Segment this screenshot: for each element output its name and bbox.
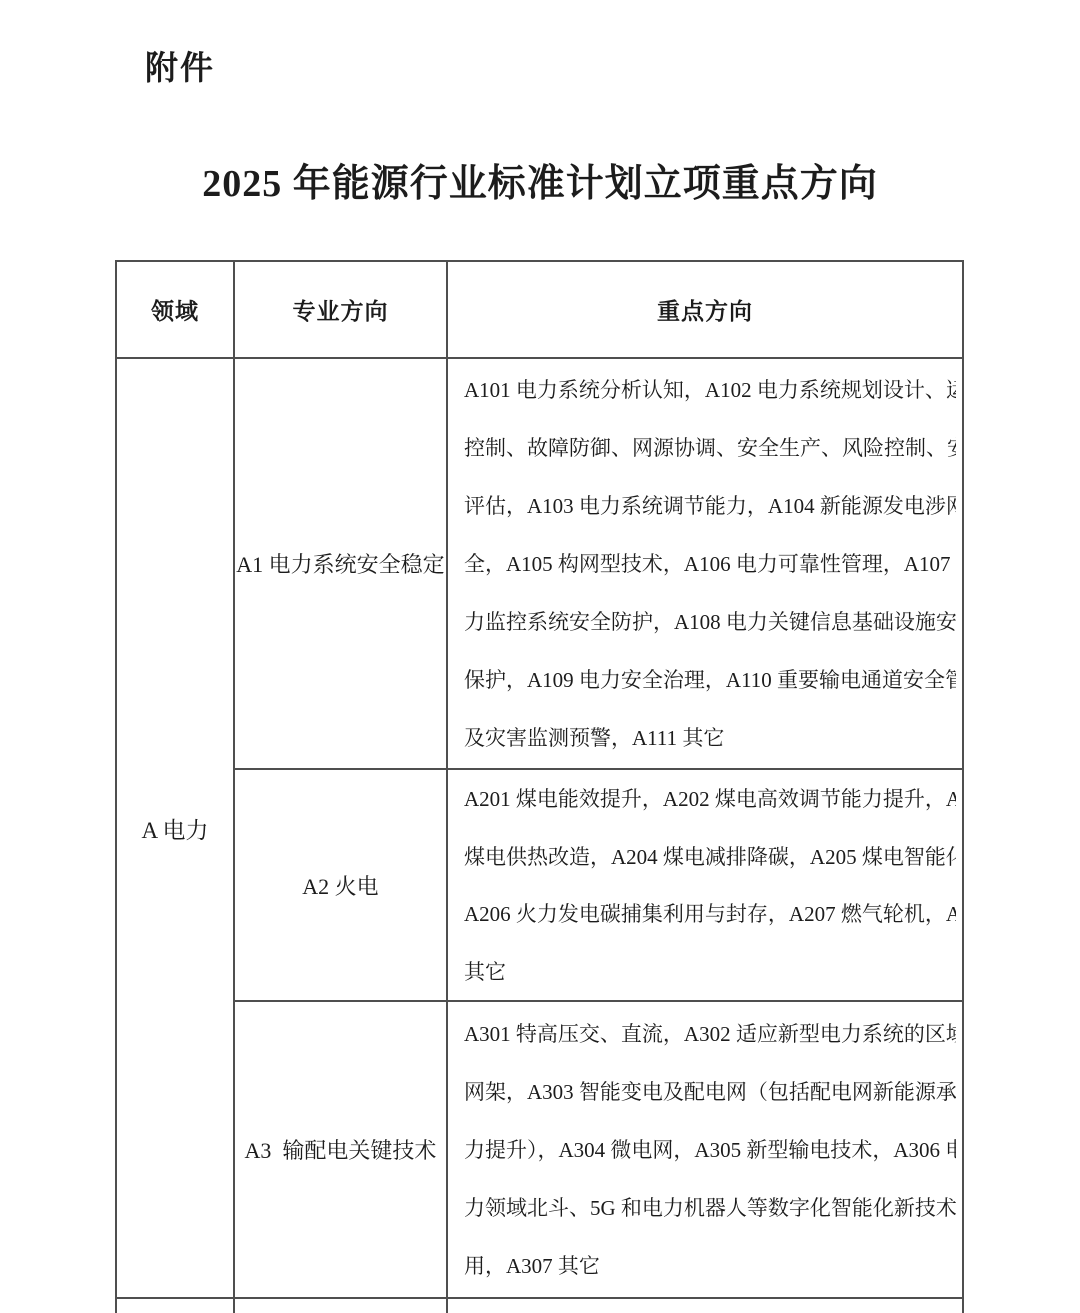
focus-line: 煤电供热改造，A204 煤电减排降碳，A205 煤电智能化， (464, 828, 956, 886)
focus-cell: A301 特高压交、直流，A302 适应新型电力系统的区域主网架，A303 智能… (448, 1002, 964, 1299)
header-field: 领域 (117, 262, 235, 359)
specialty-cell: A1 电力系统安全稳定 (235, 359, 448, 770)
focus-line: 用，A307 其它 (464, 1237, 956, 1295)
table-continuation-stub (448, 1299, 964, 1313)
page-title: 2025 年能源行业标准计划立项重点方向 (0, 152, 1080, 207)
focus-line: 力监控系统安全防护，A108 电力关键信息基础设施安全 (464, 593, 956, 651)
focus-line: 全，A105 构网型技术，A106 电力可靠性管理，A107 电 (464, 535, 956, 593)
focus-line: 网架，A303 智能变电及配电网（包括配电网新能源承载 (464, 1063, 956, 1121)
attachment-label: 附件 (145, 42, 215, 89)
focus-line: 保护，A109 电力安全治理，A110 重要输电通道安全管理 (464, 651, 956, 709)
header-specialty: 专业方向 (235, 262, 448, 359)
table-continuation-stub (235, 1299, 448, 1313)
document-page: 附件 2025 年能源行业标准计划立项重点方向 领域 专业方向 重点方向 A 电… (0, 0, 1080, 1313)
directions-table: 领域 专业方向 重点方向 A 电力 A1 电力系统安全稳定A101 电力系统分析… (115, 260, 964, 1313)
specialty-cell: A2 火电 (235, 770, 448, 1002)
header-focus: 重点方向 (448, 262, 964, 359)
table-continuation-stub (117, 1299, 235, 1313)
focus-line: A101 电力系统分析认知，A102 电力系统规划设计、运行 (464, 361, 956, 419)
focus-line: A206 火力发电碳捕集利用与封存，A207 燃气轮机，A208 (464, 885, 956, 943)
specialty-cell: A3 输配电关键技术 (235, 1002, 448, 1299)
focus-line: A301 特高压交、直流，A302 适应新型电力系统的区域主 (464, 1005, 956, 1063)
focus-line: 评估，A103 电力系统调节能力，A104 新能源发电涉网安 (464, 477, 956, 535)
focus-cell: A101 电力系统分析认知，A102 电力系统规划设计、运行控制、故障防御、网源… (448, 359, 964, 770)
focus-line: A201 煤电能效提升，A202 煤电高效调节能力提升，A203 (464, 770, 956, 828)
focus-line: 控制、故障防御、网源协调、安全生产、风险控制、安全 (464, 419, 956, 477)
focus-line: 力提升），A304 微电网，A305 新型输电技术，A306 电 (464, 1121, 956, 1179)
focus-line: 其它 (464, 943, 956, 1001)
field-group-cell: A 电力 (117, 359, 235, 1299)
focus-cell: A201 煤电能效提升，A202 煤电高效调节能力提升，A203煤电供热改造，A… (448, 770, 964, 1002)
focus-line: 力领域北斗、5G 和电力机器人等数字化智能化新技术应 (464, 1179, 956, 1237)
focus-line: 及灾害监测预警，A111 其它 (464, 709, 956, 767)
